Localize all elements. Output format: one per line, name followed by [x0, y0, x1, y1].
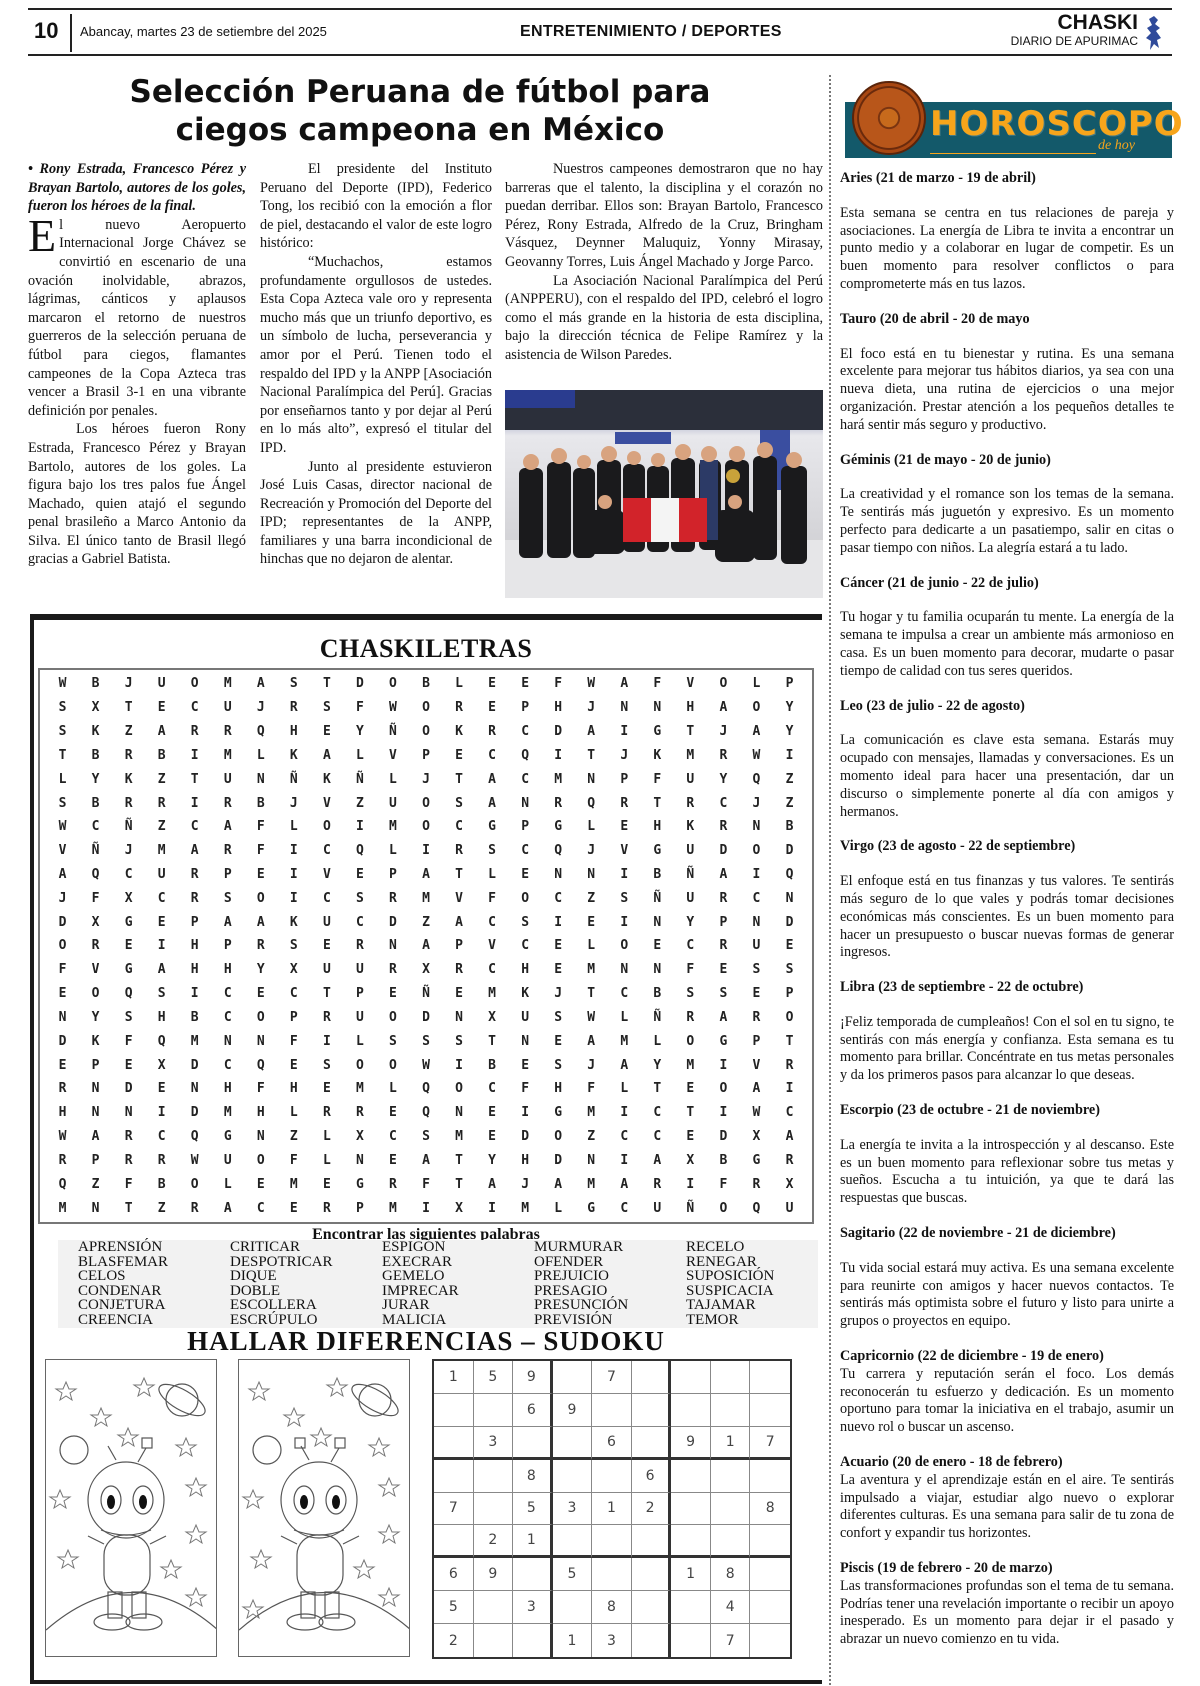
wordsearch-letter: I [178, 982, 211, 1006]
wordsearch-letter: Z [773, 791, 806, 815]
wordsearch-letter: R [211, 839, 244, 863]
wordsearch-letter: E [509, 863, 542, 887]
wordsearch-letter: G [542, 815, 575, 839]
wordsearch-letter: H [244, 1101, 277, 1125]
sudoku-cell[interactable]: 3 [513, 1591, 553, 1624]
sudoku-cell[interactable] [474, 1493, 514, 1526]
wordsearch-letter: E [145, 910, 178, 934]
wordsearch-letter: H [211, 958, 244, 982]
wordsearch-letter: N [509, 791, 542, 815]
wordsearch-letter: T [641, 1077, 674, 1101]
wordsearch-letter: Ñ [674, 1196, 707, 1220]
wordsearch-letter: Y [674, 910, 707, 934]
wordsearch-letter: U [773, 1196, 806, 1220]
header-top-rule [28, 8, 1172, 10]
wordsearch-letter: X [476, 1006, 509, 1030]
wordsearch-letter: P [509, 815, 542, 839]
sudoku-grid: 1597693691786753128216951853842137 [432, 1359, 792, 1659]
wordsearch-letter: B [145, 743, 178, 767]
wordsearch-letter: O [244, 1149, 277, 1173]
wordsearch-letter: H [509, 1149, 542, 1173]
sudoku-cell[interactable] [474, 1624, 514, 1657]
wordsearch-letter: U [641, 1196, 674, 1220]
wordsearch-letter: E [112, 934, 145, 958]
sudoku-cell[interactable]: 8 [513, 1460, 553, 1493]
wordsearch-letter: R [211, 720, 244, 744]
sudoku-cell[interactable]: 8 [592, 1591, 632, 1624]
wordsearch-letter: U [674, 886, 707, 910]
wordsearch-letter: V [674, 672, 707, 696]
sudoku-cell[interactable]: 1 [592, 1493, 632, 1526]
word-list-column: CRITICARDESPOTRICARDIQUEDOBLEESCOLLERAES… [210, 1240, 362, 1328]
wordsearch-letter: C [608, 982, 641, 1006]
sign-text: Esta semana se centra en tus relaciones … [840, 205, 1174, 294]
wordsearch-letter: D [707, 839, 740, 863]
sudoku-cell[interactable]: 5 [513, 1493, 553, 1526]
wordsearch-letter: W [740, 1101, 773, 1125]
wordsearch-letter: L [740, 672, 773, 696]
wordsearch-letter: R [376, 1172, 409, 1196]
wordsearch-letter: I [409, 839, 442, 863]
wordsearch-letter: W [46, 672, 79, 696]
wordsearch-letter: F [244, 839, 277, 863]
wordsearch-letter: C [211, 982, 244, 1006]
wordsearch-letter: I [343, 815, 376, 839]
wordsearch-letter: B [79, 791, 112, 815]
wordsearch-letter: N [46, 1006, 79, 1030]
drop-cap: E [28, 218, 56, 254]
wordsearch-letter: Z [575, 886, 608, 910]
sudoku-cell[interactable]: 7 [711, 1624, 751, 1657]
wordsearch-letter: C [476, 910, 509, 934]
wordsearch-letter: T [674, 720, 707, 744]
wordsearch-letter: H [277, 720, 310, 744]
sudoku-cell[interactable] [474, 1591, 514, 1624]
sudoku-cell[interactable] [711, 1493, 751, 1526]
wordsearch-letter: J [112, 839, 145, 863]
sudoku-cell[interactable] [671, 1624, 711, 1657]
sudoku-cell[interactable] [632, 1394, 672, 1427]
wordsearch-letter: K [79, 1029, 112, 1053]
wordsearch-letter: O [79, 982, 112, 1006]
sudoku-cell[interactable] [750, 1624, 790, 1657]
sudoku-cell[interactable] [592, 1394, 632, 1427]
sudoku-cell[interactable]: 9 [553, 1394, 593, 1427]
wordsearch-letter: B [641, 863, 674, 887]
wordsearch-letter: C [641, 1101, 674, 1125]
sudoku-cell[interactable] [513, 1427, 553, 1460]
sudoku-cell[interactable] [750, 1525, 790, 1558]
wordsearch-letter: A [641, 1149, 674, 1173]
wordsearch-letter: R [707, 743, 740, 767]
wordsearch-letter: S [476, 839, 509, 863]
wordsearch-letter: S [310, 696, 343, 720]
wordsearch-letter: V [79, 958, 112, 982]
wordsearch-letter: D [773, 910, 806, 934]
wordsearch-letter: I [773, 1077, 806, 1101]
wordsearch-letter: I [443, 1053, 476, 1077]
wordsearch-letter: Q [409, 1101, 442, 1125]
wordsearch-letter: Q [409, 1077, 442, 1101]
wordsearch-letter: Y [707, 767, 740, 791]
sudoku-cell[interactable] [553, 1591, 593, 1624]
sudoku-cell[interactable] [434, 1525, 474, 1558]
sudoku-cell[interactable] [750, 1361, 790, 1394]
sudoku-cell[interactable] [513, 1624, 553, 1657]
sudoku-cell[interactable] [632, 1427, 672, 1460]
wordsearch-letter: R [773, 1149, 806, 1173]
sign-text: La comunicación es clave esta semana. Es… [840, 732, 1174, 821]
sudoku-cell[interactable]: 7 [750, 1427, 790, 1460]
wordsearch-letter: J [46, 886, 79, 910]
wordsearch-letter: L [542, 1196, 575, 1220]
sudoku-cell[interactable]: 1 [553, 1624, 593, 1657]
sudoku-cell[interactable] [553, 1460, 593, 1493]
sudoku-cell[interactable] [434, 1460, 474, 1493]
sudoku-cell[interactable] [671, 1493, 711, 1526]
wordsearch-letter: F [112, 1172, 145, 1196]
word-list-item: SUSPICACIA [686, 1284, 818, 1299]
wordsearch-letter: R [178, 886, 211, 910]
sudoku-cell[interactable] [513, 1558, 553, 1591]
wordsearch-letter: A [476, 767, 509, 791]
wordsearch-letter: E [46, 1053, 79, 1077]
wordsearch-letter: Q [740, 1196, 773, 1220]
wordsearch-letter: C [608, 1125, 641, 1149]
sign-heading: Sagitario (22 de noviembre - 21 de dicie… [840, 1225, 1174, 1243]
sudoku-cell[interactable] [750, 1591, 790, 1624]
wordsearch-letter: O [740, 696, 773, 720]
wordsearch-letter: D [542, 1149, 575, 1173]
wordsearch-title: CHASKILETRAS [30, 634, 822, 664]
sudoku-cell[interactable] [671, 1525, 711, 1558]
wordsearch-letter: I [145, 934, 178, 958]
sudoku-cell[interactable]: 1 [711, 1427, 751, 1460]
wordsearch-letter: C [343, 910, 376, 934]
sudoku-cell[interactable]: 4 [711, 1591, 751, 1624]
sudoku-cell[interactable]: 6 [513, 1394, 553, 1427]
wordsearch-letter: N [641, 696, 674, 720]
horoscope-list: Aries (21 de marzo - 19 de abril)Esta se… [840, 170, 1174, 1666]
wordsearch-letter: T [443, 863, 476, 887]
wordsearch-letter: N [641, 910, 674, 934]
page-number: 10 [34, 18, 58, 44]
wordsearch-letter: L [376, 767, 409, 791]
wordsearch-letter: O [409, 791, 442, 815]
sudoku-cell[interactable]: 9 [513, 1361, 553, 1394]
wordsearch-letter: R [310, 1196, 343, 1220]
wordsearch-letter: N [211, 1029, 244, 1053]
word-list: APRENSIÓNBLASFEMARCELOSCONDENARCONJETURA… [58, 1240, 818, 1328]
wordsearch-letter: E [608, 815, 641, 839]
wordsearch-letter: V [608, 839, 641, 863]
wordsearch-letter: R [674, 791, 707, 815]
wordsearch-letter: B [409, 672, 442, 696]
sudoku-cell[interactable]: 6 [632, 1460, 672, 1493]
sudoku-cell[interactable] [711, 1394, 751, 1427]
wordsearch-letter: R [277, 696, 310, 720]
wordsearch-letter: M [509, 1196, 542, 1220]
sudoku-cell[interactable] [750, 1394, 790, 1427]
wordsearch-letter: S [343, 886, 376, 910]
sudoku-cell[interactable]: 9 [474, 1558, 514, 1591]
wordsearch-letter: Q [244, 1053, 277, 1077]
sudoku-cell[interactable]: 6 [592, 1427, 632, 1460]
wordsearch-letter: O [409, 815, 442, 839]
wordsearch-letter: U [674, 767, 707, 791]
wordsearch-letter: E [310, 934, 343, 958]
wordsearch-grid: WBJUOMASTDOBLEEFWAFVOLPSXTECUJRSFWOREPHJ… [38, 668, 814, 1224]
wordsearch-letter: F [674, 958, 707, 982]
wordsearch-letter: D [178, 1101, 211, 1125]
wordsearch-letter: A [740, 720, 773, 744]
sudoku-cell[interactable] [671, 1394, 711, 1427]
wordsearch-letter: R [740, 1006, 773, 1030]
sign-heading: Acuario (20 de enero - 18 de febrero) [840, 1454, 1174, 1472]
sudoku-cell[interactable]: 2 [632, 1493, 672, 1526]
wordsearch-letter: R [310, 1101, 343, 1125]
sudoku-cell[interactable]: 5 [434, 1591, 474, 1624]
sudoku-cell[interactable]: 1 [671, 1558, 711, 1591]
word-list-item: CRITICAR [230, 1240, 362, 1255]
wordsearch-letter: O [509, 886, 542, 910]
wordsearch-letter: I [277, 886, 310, 910]
word-list-item: EXECRAR [382, 1255, 514, 1270]
wordsearch-letter: U [674, 839, 707, 863]
wordsearch-letter: N [641, 958, 674, 982]
wordsearch-letter: X [674, 1149, 707, 1173]
sudoku-cell[interactable]: 9 [671, 1427, 711, 1460]
wordsearch-letter: C [509, 934, 542, 958]
sudoku-cell[interactable] [553, 1361, 593, 1394]
wordsearch-letter: R [707, 815, 740, 839]
wordsearch-letter: A [740, 1077, 773, 1101]
sudoku-cell[interactable]: 3 [592, 1624, 632, 1657]
sudoku-cell[interactable]: 7 [434, 1493, 474, 1526]
word-list-column: APRENSIÓNBLASFEMARCELOSCONDENARCONJETURA… [58, 1240, 210, 1328]
wordsearch-letter: U [211, 767, 244, 791]
wordsearch-letter: E [773, 934, 806, 958]
wordsearch-letter: K [509, 982, 542, 1006]
sudoku-cell[interactable]: 6 [434, 1558, 474, 1591]
wordsearch-letter: P [79, 1149, 112, 1173]
wordsearch-letter: L [608, 1077, 641, 1101]
wordsearch-letter: P [211, 934, 244, 958]
wordsearch-letter: Y [476, 1149, 509, 1173]
wordsearch-letter: E [310, 720, 343, 744]
wordsearch-letter: C [707, 791, 740, 815]
sudoku-cell[interactable]: 1 [513, 1525, 553, 1558]
wordsearch-letter: Q [542, 839, 575, 863]
sudoku-cell[interactable]: 3 [553, 1493, 593, 1526]
wordsearch-letter: R [476, 720, 509, 744]
wordsearch-letter: E [145, 1077, 178, 1101]
sudoku-cell[interactable]: 5 [474, 1361, 514, 1394]
wordsearch-letter: A [707, 696, 740, 720]
wordsearch-letter: X [112, 886, 145, 910]
wordsearch-letter: F [641, 767, 674, 791]
wordsearch-letter: C [145, 886, 178, 910]
sudoku-cell[interactable] [711, 1525, 751, 1558]
sudoku-cell[interactable] [474, 1460, 514, 1493]
wordsearch-letter: Q [343, 839, 376, 863]
word-list-item: DIQUE [230, 1269, 362, 1284]
sudoku-cell[interactable] [434, 1427, 474, 1460]
wordsearch-letter: U [211, 1149, 244, 1173]
article-paragraph: Los héroes fueron Rony Estrada, Francesc… [28, 420, 246, 569]
section-title: ENTRETENIMIENTO / DEPORTES [520, 23, 782, 41]
wordsearch-letter: B [145, 1172, 178, 1196]
sudoku-cell[interactable] [711, 1460, 751, 1493]
issue-date: Abancay, martes 23 de setiembre del 2025 [80, 24, 327, 39]
word-list-item: PREJUICIO [534, 1269, 666, 1284]
wordsearch-letter: I [277, 839, 310, 863]
sudoku-cell[interactable]: 1 [434, 1361, 474, 1394]
wordsearch-letter: X [343, 1125, 376, 1149]
sudoku-cell[interactable] [474, 1394, 514, 1427]
wordsearch-letter: A [145, 720, 178, 744]
wordsearch-letter: P [740, 1029, 773, 1053]
wordsearch-letter: E [244, 863, 277, 887]
wordsearch-letter: M [211, 672, 244, 696]
wordsearch-letter: I [707, 1101, 740, 1125]
wordsearch-letter: N [740, 910, 773, 934]
wordsearch-letter: B [79, 672, 112, 696]
wordsearch-letter: U [343, 958, 376, 982]
wordsearch-letter: F [244, 815, 277, 839]
wordsearch-letter: M [575, 1172, 608, 1196]
wordsearch-letter: Q [79, 863, 112, 887]
wordsearch-letter: E [343, 863, 376, 887]
wordsearch-letter: R [707, 886, 740, 910]
wordsearch-letter: X [145, 1053, 178, 1077]
sudoku-cell[interactable]: 8 [750, 1493, 790, 1526]
sign-heading: Leo (23 de julio - 22 de agosto) [840, 698, 1174, 716]
brand-name: CHASKI [1011, 12, 1138, 34]
wordsearch-letter: F [79, 886, 112, 910]
sudoku-cell[interactable]: 2 [434, 1624, 474, 1657]
wordsearch-letter: C [509, 720, 542, 744]
sudoku-cell[interactable] [632, 1361, 672, 1394]
wordsearch-letter: C [443, 815, 476, 839]
wordsearch-letter: H [542, 1077, 575, 1101]
wordsearch-letter: Y [773, 696, 806, 720]
wordsearch-letter: M [46, 1196, 79, 1220]
wordsearch-letter: U [310, 958, 343, 982]
sudoku-cell[interactable]: 7 [592, 1361, 632, 1394]
wordsearch-letter: L [376, 1077, 409, 1101]
wordsearch-letter: D [112, 1077, 145, 1101]
wordsearch-letter: G [575, 1196, 608, 1220]
wordsearch-letter: R [707, 934, 740, 958]
wordsearch-letter: P [178, 910, 211, 934]
sudoku-cell[interactable] [592, 1558, 632, 1591]
wordsearch-letter: Y [343, 720, 376, 744]
wordsearch-letter: S [707, 982, 740, 1006]
wordsearch-letter: B [707, 1149, 740, 1173]
wordsearch-letter: M [376, 1196, 409, 1220]
difference-image-right [238, 1359, 410, 1657]
sudoku-cell[interactable] [553, 1427, 593, 1460]
wordsearch-letter: N [575, 1149, 608, 1173]
sign-heading: Capricornio (22 de diciembre - 19 de ene… [840, 1348, 1174, 1366]
wordsearch-letter: L [476, 863, 509, 887]
word-list-item: BLASFEMAR [78, 1255, 210, 1270]
wordsearch-letter: M [575, 1101, 608, 1125]
article-headline: Selección Peruana de fútbol para ciegos … [100, 73, 740, 149]
sign-heading: Libra (23 de septiembre - 22 de octubre) [840, 979, 1174, 997]
word-list-column: MURMURAROFENDERPREJUICIOPRESAGIOPRESUNCI… [514, 1240, 666, 1328]
sudoku-cell[interactable] [671, 1460, 711, 1493]
sudoku-cell[interactable]: 2 [474, 1525, 514, 1558]
word-list-item: CONDENAR [78, 1284, 210, 1299]
sudoku-cell[interactable] [671, 1591, 711, 1624]
wordsearch-letter: O [376, 1053, 409, 1077]
sudoku-cell[interactable] [553, 1525, 593, 1558]
sudoku-cell[interactable] [711, 1361, 751, 1394]
wordsearch-letter: O [773, 1006, 806, 1030]
wordsearch-letter: H [277, 1077, 310, 1101]
sudoku-cell[interactable] [750, 1558, 790, 1591]
wordsearch-letter: C [178, 815, 211, 839]
word-list-item: RENEGAR [686, 1255, 818, 1270]
wordsearch-letter: K [310, 767, 343, 791]
wordsearch-letter: M [409, 886, 442, 910]
wordsearch-letter: O [409, 720, 442, 744]
wordsearch-letter: A [773, 1125, 806, 1149]
horoscope-subtitle: de hoy [1098, 138, 1135, 154]
sudoku-cell[interactable] [632, 1525, 672, 1558]
wordsearch-letter: T [674, 1101, 707, 1125]
sign-text: Tu hogar y tu familia ocuparán tu mente.… [840, 609, 1174, 680]
wordsearch-letter: C [509, 839, 542, 863]
wordsearch-letter: T [178, 767, 211, 791]
wordsearch-letter: S [145, 982, 178, 1006]
sudoku-cell[interactable] [434, 1394, 474, 1427]
wordsearch-letter: N [773, 886, 806, 910]
wordsearch-letter: Ñ [112, 815, 145, 839]
sudoku-cell[interactable] [632, 1591, 672, 1624]
wordsearch-letter: C [542, 886, 575, 910]
wordsearch-letter: R [343, 934, 376, 958]
wordsearch-letter: F [277, 1029, 310, 1053]
wordsearch-letter: A [244, 672, 277, 696]
sudoku-cell[interactable]: 5 [553, 1558, 593, 1591]
wordsearch-letter: S [773, 958, 806, 982]
brand-subtitle: DIARIO DE APURIMAC [1011, 34, 1138, 48]
wordsearch-letter: A [575, 720, 608, 744]
wordsearch-letter: J [112, 672, 145, 696]
sudoku-cell[interactable] [750, 1460, 790, 1493]
sudoku-cell[interactable] [592, 1460, 632, 1493]
sign-heading: Virgo (23 de agosto - 22 de septiembre) [840, 838, 1174, 856]
sign-heading: Cáncer (21 de junio - 22 de julio) [840, 575, 1174, 593]
wordsearch-letter: L [343, 1029, 376, 1053]
wordsearch-letter: S [277, 672, 310, 696]
sudoku-cell[interactable] [632, 1624, 672, 1657]
wordsearch-letter: A [542, 1172, 575, 1196]
sudoku-cell[interactable] [632, 1558, 672, 1591]
wordsearch-letter: Ñ [343, 767, 376, 791]
sudoku-cell[interactable]: 3 [474, 1427, 514, 1460]
sudoku-cell[interactable] [592, 1525, 632, 1558]
wordsearch-letter: I [542, 910, 575, 934]
wordsearch-letter: R [443, 696, 476, 720]
wordsearch-letter: H [178, 934, 211, 958]
sudoku-cell[interactable]: 8 [711, 1558, 751, 1591]
wordsearch-letter: E [740, 982, 773, 1006]
sudoku-cell[interactable] [671, 1361, 711, 1394]
